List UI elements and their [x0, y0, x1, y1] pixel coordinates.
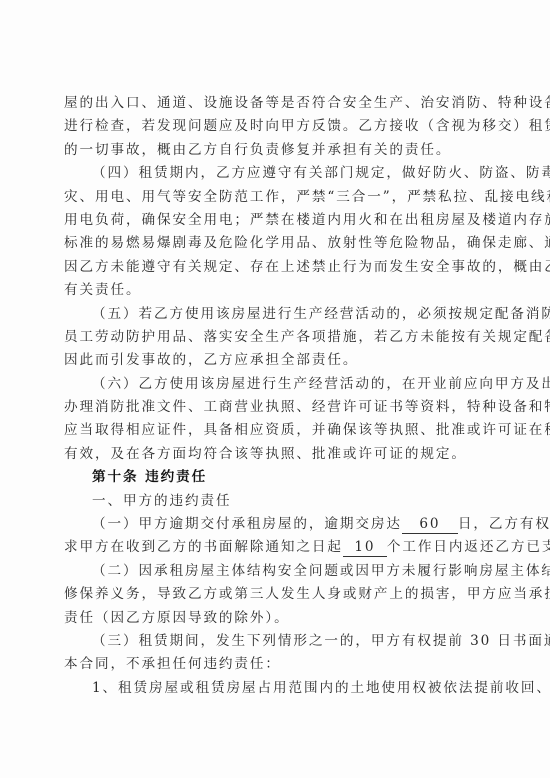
- clause-2-line: （二）因承租房屋主体结构安全问题或因甲方未履行影响房屋主体结构安全的维: [64, 560, 477, 583]
- paragraph-line: 办理消防批准文件、工商营业执照、经营许可证书等资料，特种设备和特种作业人员: [64, 396, 477, 419]
- filled-blank-workdays: 10: [343, 538, 387, 557]
- paragraph-line: 应当取得相应证件，具备相应资质，并确保该等执照、批准或许可证在租赁期间持续: [64, 419, 477, 442]
- document-body: 屋的出入口、通道、设施设备等是否符合安全生产、治安消防、特种设备的有关规定 进行…: [64, 92, 477, 700]
- clause-4-line: （四）租赁期内，乙方应遵守有关部门规定，做好防火、防盗、防毒、防汛、防: [64, 162, 477, 185]
- paragraph-line: 用电负荷，确保安全用电；严禁在楼道内用火和在出租房屋及楼道内存放不符合安全: [64, 209, 477, 232]
- paragraph-line: 员工劳动防护用品、落实安全生产各项措施，若乙方未能按有关规定配备、落实的或: [64, 326, 477, 349]
- paragraph-line: 求甲方在收到乙方的书面解除通知之日起10个工作日内返还乙方已支付租金。: [64, 536, 477, 559]
- clause-text: 个工作日内返还乙方已支付租金。: [387, 539, 550, 555]
- clause-6-line: （六）乙方使用该房屋进行生产经营活动的，在开业前应向甲方及出租人出示已: [64, 373, 477, 396]
- clause-text: 日，乙方有权解除合同并要: [458, 516, 550, 532]
- clause-text: 求甲方在收到乙方的书面解除通知之日起: [64, 539, 343, 555]
- paragraph-line: 屋的出入口、通道、设施设备等是否符合安全生产、治安消防、特种设备的有关规定: [64, 92, 477, 115]
- clause-5-line: （五）若乙方使用该房屋进行生产经营活动的，必须按规定配备消防设施用品、: [64, 303, 477, 326]
- paragraph-line: 因乙方未能遵守有关规定、存在上述禁止行为而发生安全事故的，概由乙方自行承担: [64, 256, 477, 279]
- paragraph-line: 标准的易燃易爆剧毒及危险化学用品、放射性等危险物品，确保走廊、通道畅通。如: [64, 232, 477, 255]
- list-item-1: 1、租赁房屋或租赁房屋占用范围内的土地使用权被依法提前收回、收储、征收: [64, 677, 477, 700]
- document-page: 屋的出入口、通道、设施设备等是否符合安全生产、治安消防、特种设备的有关规定 进行…: [0, 0, 550, 778]
- paragraph-line: 修保养义务，导致乙方或第三人发生人身或财产上的损害，甲方应当承担相应的赔偿: [64, 583, 477, 606]
- paragraph-line: 本合同，不承担任何违约责任：: [64, 653, 477, 676]
- filled-blank-days: 60: [402, 515, 458, 534]
- clause-3-line: （三）租赁期间，发生下列情形之一的，甲方有权提前 30 日书面通知乙方终止: [64, 630, 477, 653]
- article-10-heading: 第十条 违约责任: [64, 466, 477, 489]
- clause-1-line: （一）甲方逾期交付承租房屋的，逾期交房达60日，乙方有权解除合同并要: [64, 513, 477, 536]
- paragraph-line: 灾、用电、用气等安全防范工作，严禁“三合一”，严禁私拉、乱接电线和随意加大: [64, 186, 477, 209]
- paragraph-line: 进行检查，若发现问题应及时向甲方反馈。乙方接收（含视为移交）租赁房屋后发生: [64, 115, 477, 138]
- paragraph-line: 责任（因乙方原因导致的除外）。: [64, 607, 477, 630]
- section-heading-party-a: 一、甲方的违约责任: [64, 490, 477, 513]
- clause-text: （一）甲方逾期交付承租房屋的，逾期交房达: [92, 516, 402, 532]
- paragraph-line: 因此而引发事故的，乙方应承担全部责任。: [64, 349, 477, 372]
- paragraph-line: 有效，及在各方面均符合该等执照、批准或许可证的规定。: [64, 443, 477, 466]
- paragraph-line: 的一切事故，概由乙方自行负责修复并承担有关的责任。: [64, 139, 477, 162]
- paragraph-line: 有关责任。: [64, 279, 477, 302]
